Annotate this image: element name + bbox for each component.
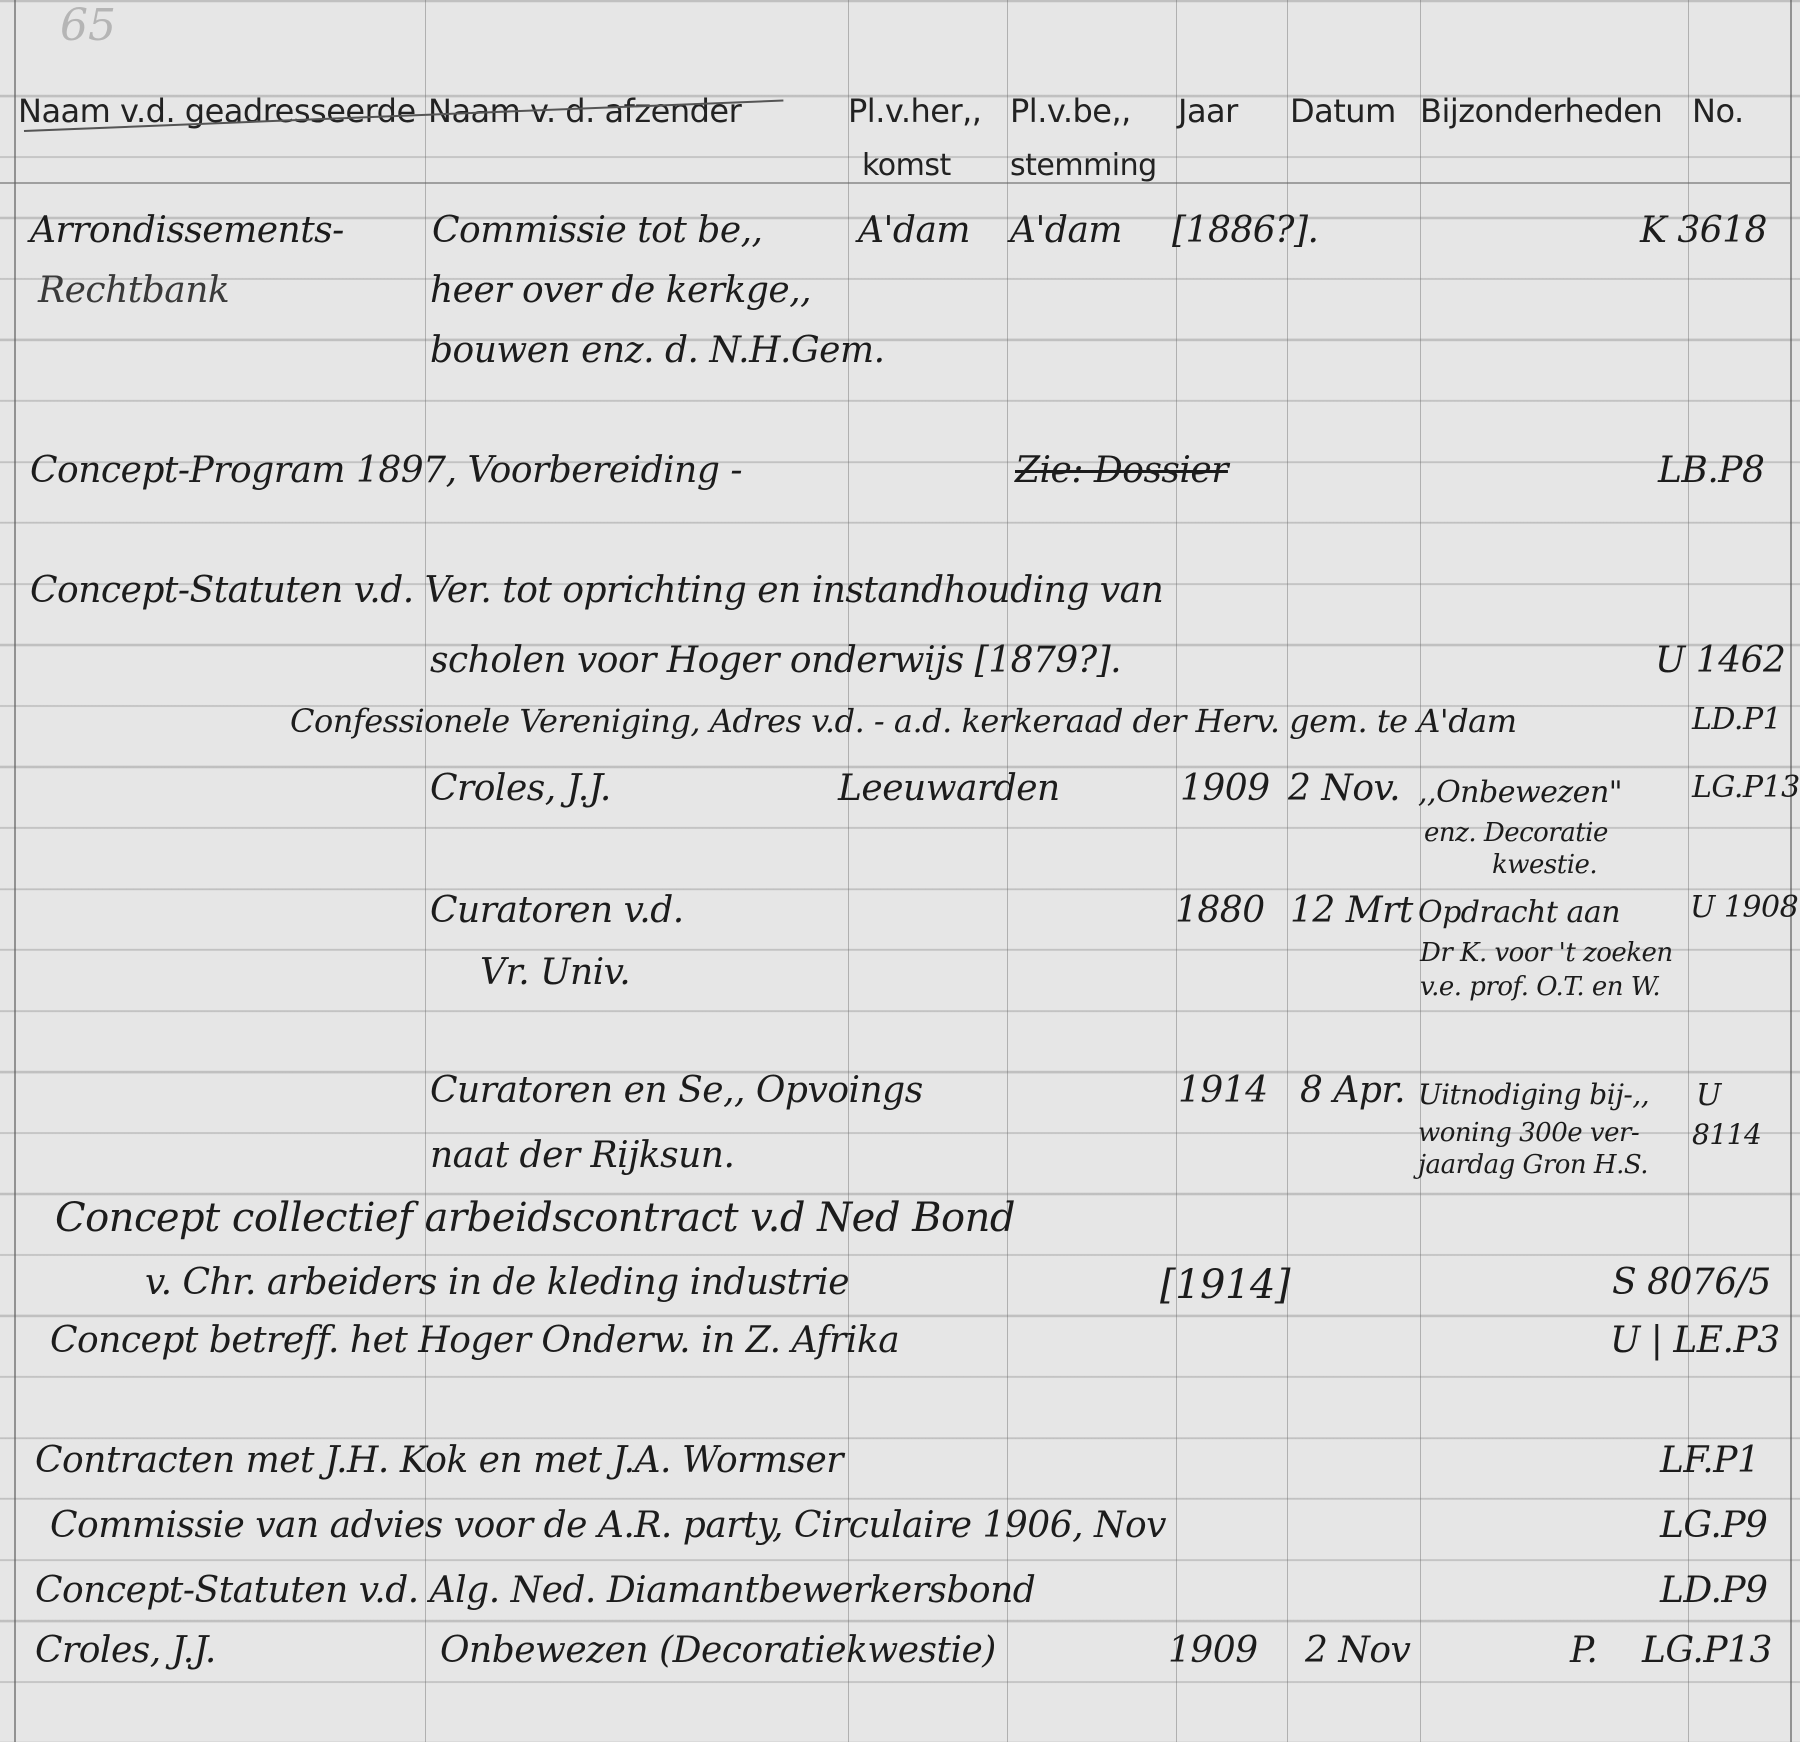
entry-13-number: LG.P13 bbox=[1642, 1630, 1772, 1671]
header-details: Bijzonderheden bbox=[1420, 92, 1662, 130]
entry-13-details: P. bbox=[1570, 1630, 1597, 1671]
entry-13-year: 1909 bbox=[1168, 1630, 1258, 1671]
entry-7-number: U bbox=[1696, 1078, 1721, 1113]
entry-6-year: 1880 bbox=[1175, 890, 1265, 931]
entry-6-details-3: v.e. prof. O.T. en W. bbox=[1420, 972, 1660, 1002]
entry-5-details-2: enz. Decoratie bbox=[1424, 818, 1608, 848]
entry-3-number: U 1462 bbox=[1655, 640, 1785, 681]
column-divider bbox=[1007, 0, 1008, 1742]
entry-2-struck-reference: Zie: Dossier bbox=[1015, 450, 1228, 491]
entry-10-text: Contracten met J.H. Kok en met J.A. Worm… bbox=[35, 1440, 843, 1481]
entry-11-number: LG.P9 bbox=[1660, 1505, 1767, 1546]
entry-1-sender: Commissie tot be,, bbox=[432, 210, 763, 251]
column-divider bbox=[1176, 0, 1177, 1742]
entry-7-sender: Curatoren en Se,, Opvoings bbox=[430, 1070, 923, 1111]
entry-5-details: ,,Onbewezen" bbox=[1418, 775, 1622, 810]
entry-9-text: Concept betreff. het Hoger Onderw. in Z.… bbox=[50, 1320, 899, 1361]
entry-2-number: LB.P8 bbox=[1658, 450, 1764, 491]
entry-5-place-origin: Leeuwarden bbox=[838, 768, 1060, 809]
entry-1-place-dest: A'dam bbox=[1010, 210, 1122, 251]
header-number: No. bbox=[1692, 92, 1744, 130]
column-divider bbox=[848, 0, 849, 1742]
page-number: 65 bbox=[60, 0, 116, 51]
entry-13-sender: Onbewezen (Decoratiekwestie) bbox=[440, 1630, 996, 1671]
entry-4-number: LD.P1 bbox=[1692, 702, 1781, 737]
entry-12-number: LD.P9 bbox=[1660, 1570, 1768, 1611]
header-place-origin: Pl.v.her,, bbox=[848, 92, 981, 130]
entry-5-sender: Croles, J.J. bbox=[430, 768, 611, 809]
entry-13-addressee: Croles, J.J. bbox=[35, 1630, 216, 1671]
entry-6-date: 12 Mrt bbox=[1290, 890, 1413, 931]
header-place-dest: Pl.v.be,, bbox=[1010, 92, 1131, 130]
entry-13-date: 2 Nov bbox=[1305, 1630, 1410, 1671]
entry-8-year: [1914] bbox=[1160, 1262, 1290, 1308]
entry-6-sender: Curatoren v.d. bbox=[430, 890, 684, 931]
entry-3-text: Concept-Statuten v.d. Ver. tot oprichtin… bbox=[30, 570, 1163, 611]
entry-3-text-2: scholen voor Hoger onderwijs [1879?]. bbox=[430, 640, 1121, 681]
entry-8-number: S 8076/5 bbox=[1612, 1262, 1771, 1303]
entry-4-text: Confessionele Vereniging, Adres v.d. - a… bbox=[290, 702, 1517, 740]
entry-5-date: 2 Nov. bbox=[1288, 768, 1400, 809]
entry-5-details-3: kwestie. bbox=[1492, 850, 1597, 880]
entry-1-place-origin: A'dam bbox=[858, 210, 970, 251]
column-divider bbox=[1287, 0, 1288, 1742]
header-addressee: Naam v.d. geadresseerde bbox=[18, 92, 416, 130]
entry-1-sender-2: heer over de kerkge,, bbox=[430, 270, 811, 311]
entry-5-year: 1909 bbox=[1180, 768, 1270, 809]
entry-7-details-3: jaardag Gron H.S. bbox=[1418, 1150, 1648, 1180]
entry-2-text: Concept-Program 1897, Voorbereiding - bbox=[30, 450, 742, 491]
header-rule bbox=[0, 182, 1790, 184]
entry-9-number: U | LE.P3 bbox=[1610, 1320, 1780, 1361]
header-place-dest-2: stemming bbox=[1010, 148, 1157, 183]
entry-7-sender-2: naat der Rijksun. bbox=[430, 1135, 734, 1176]
entry-8-text-2: v. Chr. arbeiders in de kleding industri… bbox=[145, 1262, 849, 1303]
entry-10-number: LF.P1 bbox=[1660, 1440, 1759, 1481]
margin-line bbox=[1790, 0, 1792, 1742]
header-date: Datum bbox=[1290, 92, 1396, 130]
entry-11-text: Commissie van advies voor de A.R. party,… bbox=[50, 1505, 1166, 1546]
entry-7-number-2: 8114 bbox=[1692, 1118, 1761, 1151]
entry-6-details-2: Dr K. voor 't zoeken bbox=[1420, 938, 1673, 968]
entry-1-addressee: Arrondissements- bbox=[30, 210, 344, 251]
entry-5-number: LG.P13 bbox=[1692, 770, 1800, 805]
header-place-origin-2: komst bbox=[862, 148, 951, 183]
header-year: Jaar bbox=[1178, 92, 1238, 130]
entry-1-number: K 3618 bbox=[1640, 210, 1767, 251]
entry-6-details: Opdracht aan bbox=[1418, 895, 1620, 930]
margin-line bbox=[14, 0, 16, 1742]
ledger-page: 65 Naam v.d. geadresseerde Naam v. d. af… bbox=[0, 0, 1800, 1742]
entry-12-text: Concept-Statuten v.d. Alg. Ned. Diamantb… bbox=[35, 1570, 1035, 1611]
entry-7-details: Uitnodiging bij-,, bbox=[1418, 1078, 1649, 1111]
entry-7-date: 8 Apr. bbox=[1300, 1070, 1405, 1111]
entry-1-year: [1886?]. bbox=[1172, 210, 1318, 251]
entry-8-text: Concept collectief arbeidscontract v.d N… bbox=[55, 1195, 1015, 1241]
entry-7-details-2: woning 300e ver- bbox=[1418, 1118, 1639, 1148]
entry-1-addressee-2: Rechtbank bbox=[38, 270, 229, 311]
column-divider bbox=[1420, 0, 1421, 1742]
entry-6-sender-2: Vr. Univ. bbox=[480, 952, 630, 993]
entry-7-year: 1914 bbox=[1178, 1070, 1268, 1111]
entry-1-sender-3: bouwen enz. d. N.H.Gem. bbox=[430, 330, 885, 371]
entry-6-number: U 1908 bbox=[1690, 890, 1798, 925]
